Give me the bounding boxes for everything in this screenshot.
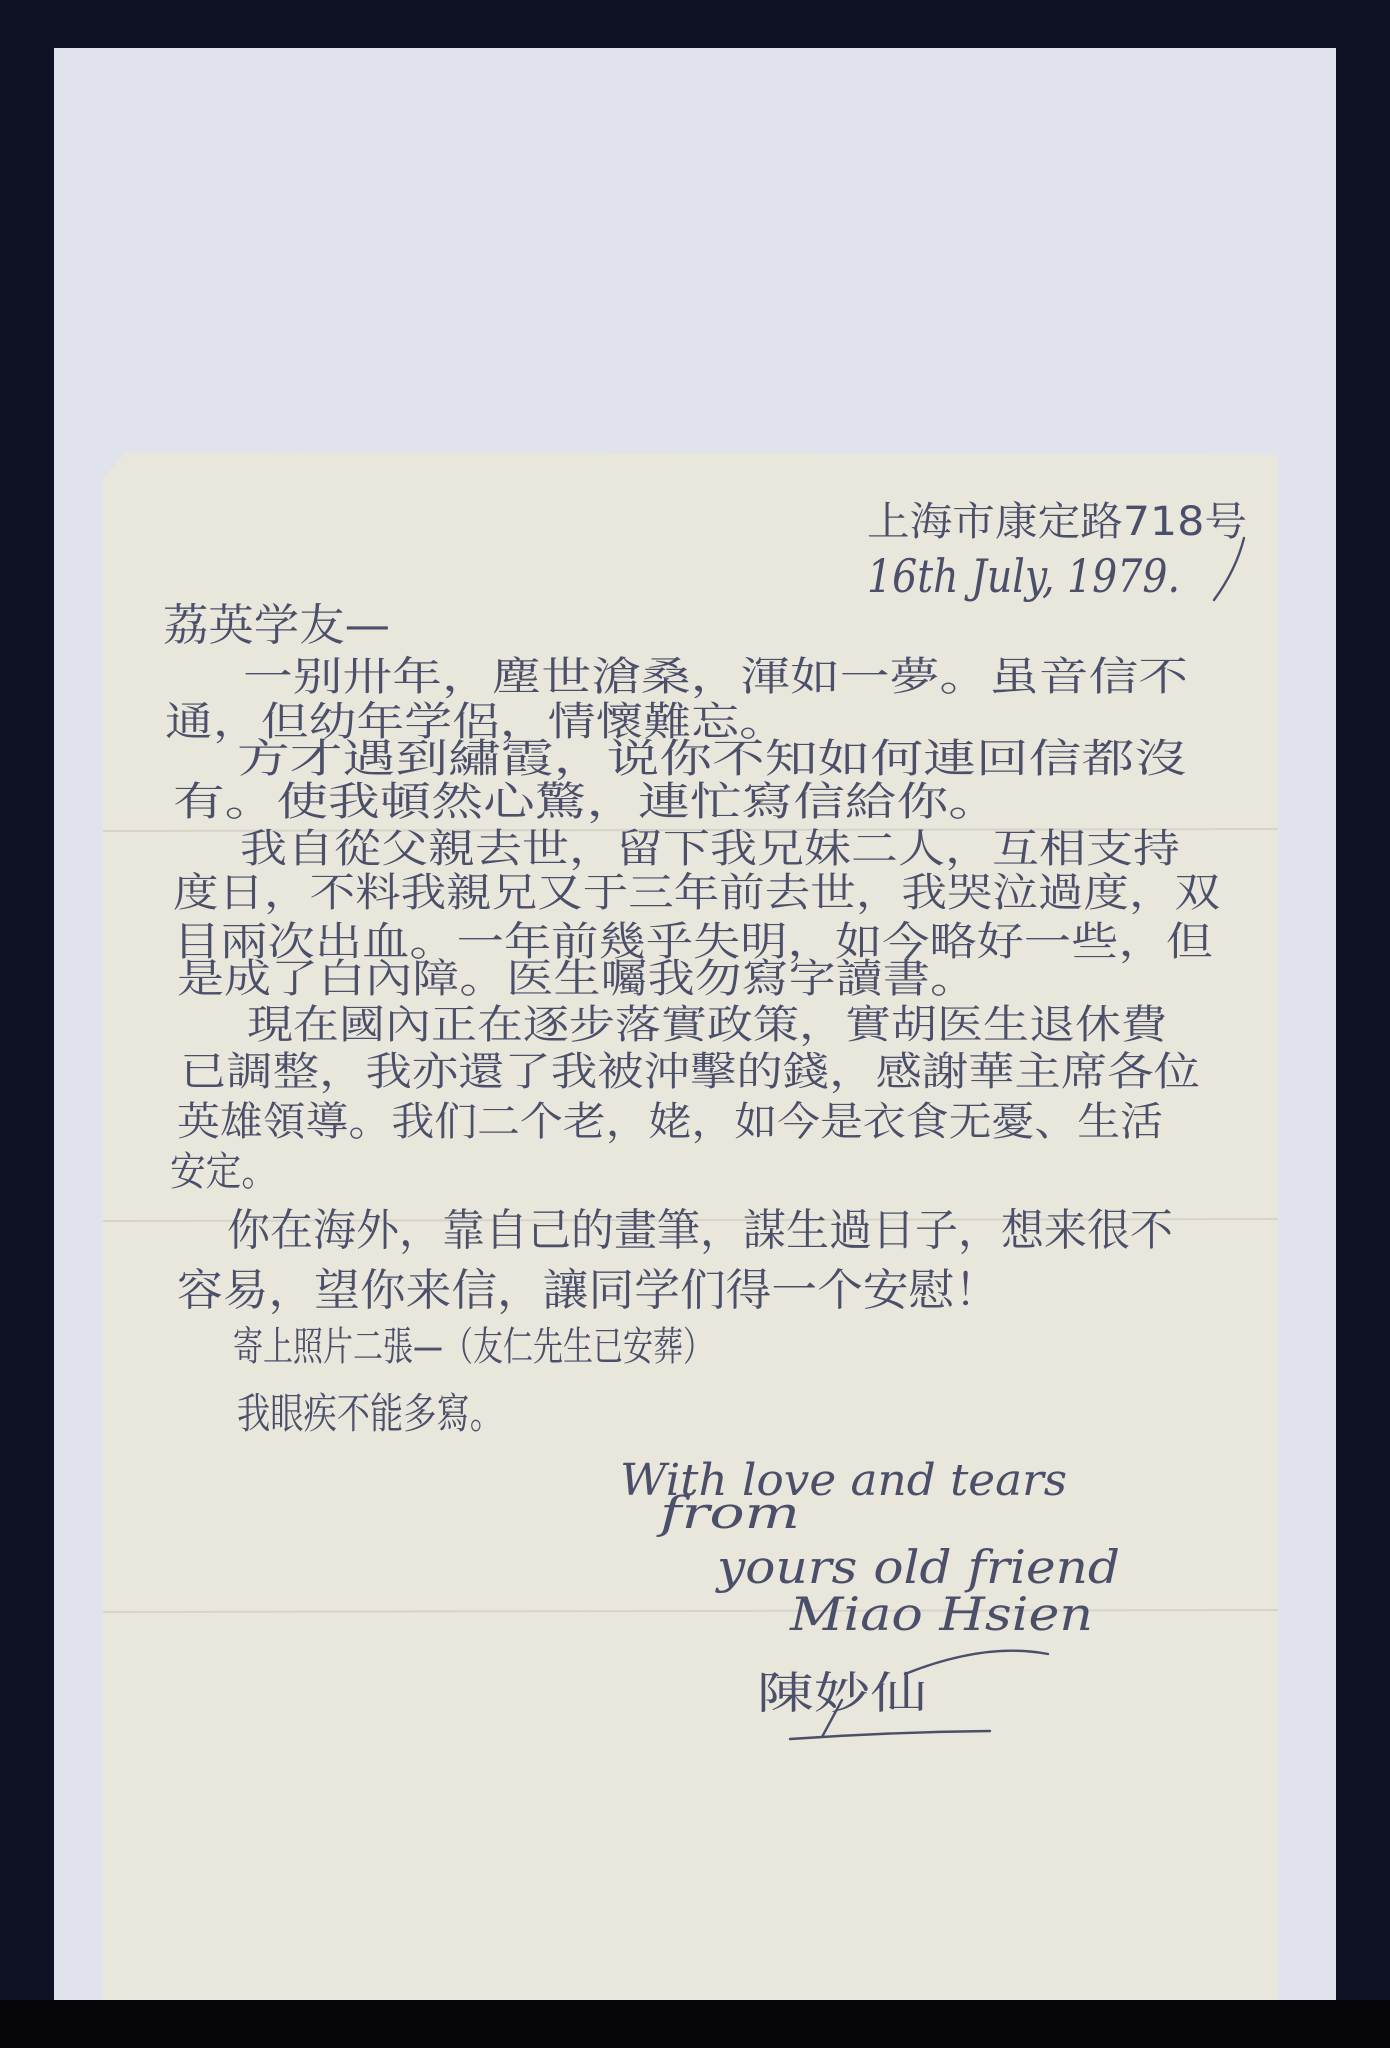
letter-salutation: 荔英学友— xyxy=(163,600,390,651)
closing-line: from xyxy=(656,1488,800,1539)
body-line: 容易，望你来信，讓同学们得一个安慰！ xyxy=(177,1265,1000,1316)
body-line: 是成了白內障。医生囑我勿寫字讀書。 xyxy=(177,956,977,1002)
body-line: 安定。 xyxy=(170,1149,277,1195)
body-line: 一别卅年，塵世滄桑，渾如一夢。虽音信不 xyxy=(243,654,1188,700)
signature-chinese: 陳妙仙 xyxy=(757,1668,927,1719)
scanned-letter: 上海市康定路718号 16th July, 1979. 荔英学友— 一别卅年，塵… xyxy=(0,0,1390,2048)
body-line: 我自從父親去世，留下我兄妹二人，互相支持 xyxy=(240,826,1180,872)
body-line: 現在國內正在逐步落實政策，實胡医生退休費 xyxy=(247,1002,1169,1048)
signature-romanized: Miao Hsien xyxy=(789,1587,1093,1641)
body-line: 英雄領導。我们二个老，姥，如今是衣食无憂、生活 xyxy=(177,1099,1163,1145)
body-line: 我眼疾不能多寫。 xyxy=(237,1389,503,1438)
body-line: 你在海外，靠自己的畫筆，謀生過日子，想来很不 xyxy=(227,1205,1173,1256)
letter-address: 上海市康定路718号 xyxy=(867,499,1247,545)
body-line: 度日，不料我親兄又于三年前去世，我哭泣過度，双 xyxy=(173,870,1220,916)
body-line: 已調整，我亦還了我被沖擊的錢，感謝華主席各位 xyxy=(180,1049,1200,1095)
body-line: 方才遇到繡霞，说你不知如何連回信都沒 xyxy=(237,736,1187,782)
body-line: 有。使我頓然心驚，連忙寫信給你。 xyxy=(173,779,1000,825)
letter-date: 16th July, 1979. xyxy=(867,549,1180,603)
scan-bottom-edge xyxy=(0,2000,1390,2048)
closing-line: yours old friend xyxy=(715,1540,1120,1594)
body-line: 寄上照片二張—（友仁先生已安葬） xyxy=(233,1324,713,1370)
